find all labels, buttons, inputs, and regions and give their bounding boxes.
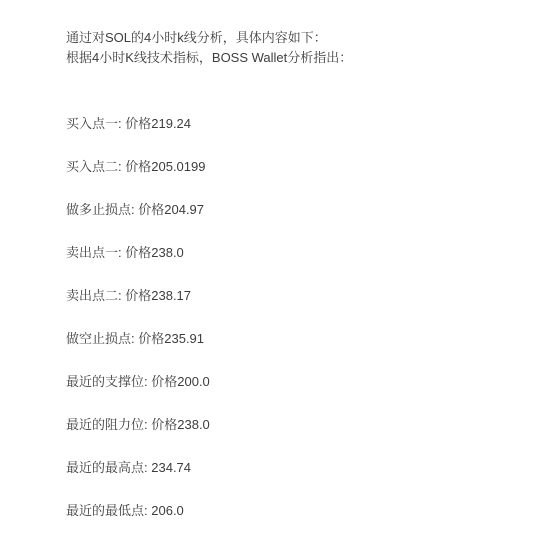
- item-label: 做多止损点: [66, 202, 131, 217]
- item-value: 价格200.0: [151, 374, 210, 389]
- item-label: 卖出点一: [66, 245, 118, 260]
- page: { "page": { "background_color": "#ffffff…: [0, 0, 542, 540]
- item-value: 206.0: [151, 503, 184, 518]
- item-label: 卖出点二: [66, 288, 118, 303]
- item-label: 做空止损点: [66, 331, 131, 346]
- item-value: 价格204.97: [138, 202, 204, 217]
- analysis-item-short-stop-loss: 做空止损点: 价格235.91: [66, 329, 518, 349]
- analysis-item-resistance-level: 最近的阻力位: 价格238.0: [66, 415, 518, 435]
- intro-line-2: 根据4小时K线技术指标，BOSS Wallet分析指出：: [66, 48, 518, 68]
- analysis-report: 通过对SOL的4小时k线分析，具体内容如下： 根据4小时K线技术指标，BOSS …: [0, 0, 542, 521]
- analysis-item-sell-point-1: 卖出点一: 价格238.0: [66, 243, 518, 263]
- item-value: 234.74: [151, 460, 191, 475]
- item-label: 买入点一: [66, 116, 118, 131]
- item-value: 价格238.0: [125, 245, 184, 260]
- item-value: 价格235.91: [138, 331, 204, 346]
- item-value: 价格205.0199: [125, 159, 205, 174]
- item-value: 价格238.17: [125, 288, 191, 303]
- item-label: 买入点二: [66, 159, 118, 174]
- analysis-item-recent-high: 最近的最高点: 234.74: [66, 458, 518, 478]
- analysis-item-support-level: 最近的支撑位: 价格200.0: [66, 372, 518, 392]
- analysis-item-buy-point-2: 买入点二: 价格205.0199: [66, 157, 518, 177]
- analysis-item-long-stop-loss: 做多止损点: 价格204.97: [66, 200, 518, 220]
- intro-line-1: 通过对SOL的4小时k线分析，具体内容如下：: [66, 28, 518, 48]
- analysis-item-sell-point-2: 卖出点二: 价格238.17: [66, 286, 518, 306]
- item-label: 最近的最低点: [66, 503, 144, 518]
- analysis-items-list: 买入点一: 价格219.24 买入点二: 价格205.0199 做多止损点: 价…: [66, 114, 518, 521]
- item-value: 价格238.0: [151, 417, 210, 432]
- analysis-item-buy-point-1: 买入点一: 价格219.24: [66, 114, 518, 134]
- item-value: 价格219.24: [125, 116, 191, 131]
- item-label: 最近的支撑位: [66, 374, 144, 389]
- item-label: 最近的最高点: [66, 460, 144, 475]
- item-label: 最近的阻力位: [66, 417, 144, 432]
- intro-paragraph: 通过对SOL的4小时k线分析，具体内容如下： 根据4小时K线技术指标，BOSS …: [66, 28, 518, 68]
- analysis-item-recent-low: 最近的最低点: 206.0: [66, 501, 518, 521]
